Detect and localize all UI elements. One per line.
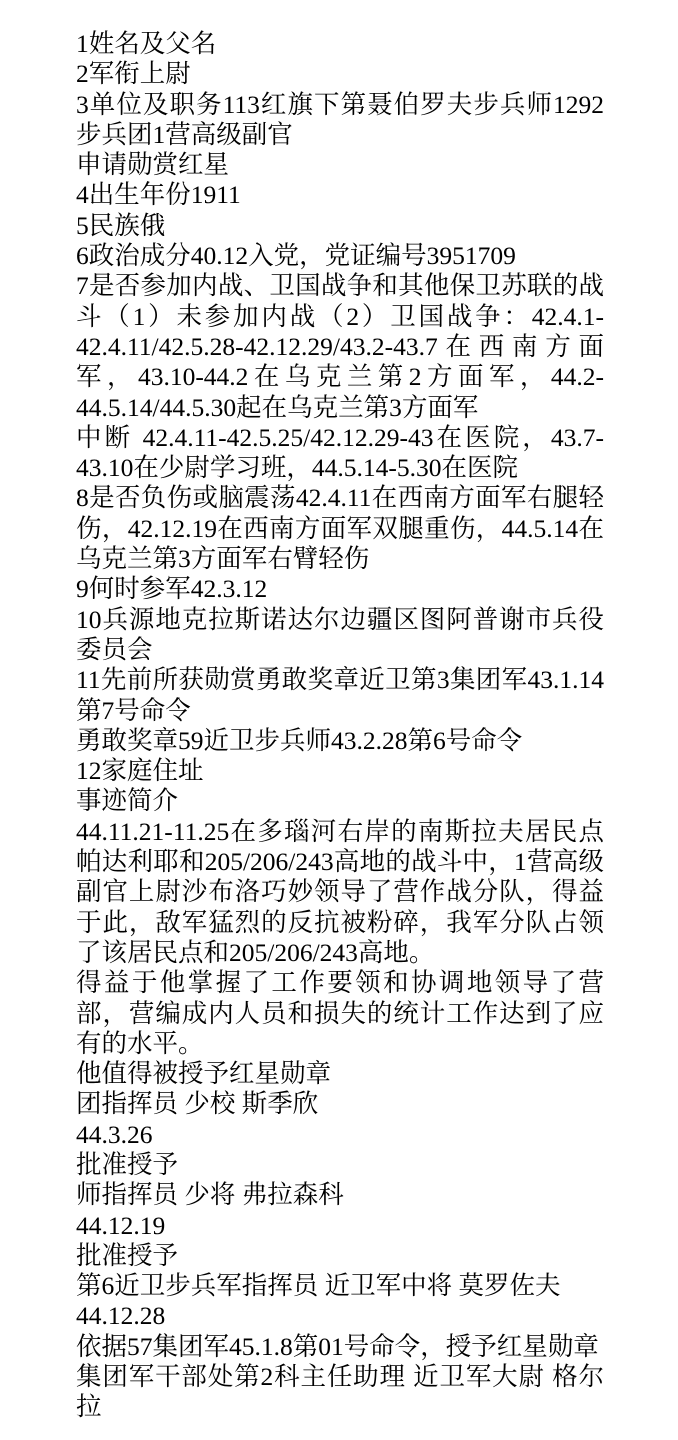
citation-paragraph-1: 44.11.21-11.25在多瑙河右岸的南斯拉夫居民点帕达利耶和205/206… bbox=[76, 817, 604, 968]
field-rank: 2军衔上尉 bbox=[76, 59, 604, 89]
approval-line-1: 批准授予 bbox=[76, 1150, 604, 1180]
field-service-interruptions: 中断 42.4.11-42.5.25/42.12.29-43在医院，43.7-4… bbox=[76, 423, 604, 484]
hr-officer-signature: 集团军干部处第2科主任助理 近卫军大尉 格尔拉 bbox=[76, 1362, 604, 1423]
award-order-line: 依据57集团军45.1.8第01号命令，授予红星勋章 bbox=[76, 1332, 604, 1362]
field-draft-office: 10兵源地克拉斯诺达尔边疆区图阿普谢市兵役委员会 bbox=[76, 605, 604, 666]
division-commander-signature: 师指挥员 少将 弗拉森科 bbox=[76, 1180, 604, 1210]
field-wounds: 8是否负伤或脑震荡42.4.11在西南方面军右腿轻伤，42.12.19在西南方面… bbox=[76, 483, 604, 574]
regiment-commander-signature: 团指挥员 少校 斯季欣 bbox=[76, 1089, 604, 1119]
field-nationality: 5民族俄 bbox=[76, 211, 604, 241]
field-war-participation: 7是否参加内战、卫国战争和其他保卫苏联的战斗（1）未参加内战（2）卫国战争：42… bbox=[76, 271, 604, 422]
field-prior-award-2: 勇敢奖章59近卫步兵师43.2.28第6号命令 bbox=[76, 726, 604, 756]
division-signature-date: 44.12.19 bbox=[76, 1211, 604, 1241]
corps-signature-date: 44.12.28 bbox=[76, 1301, 604, 1331]
field-enlistment-date: 9何时参军42.3.12 bbox=[76, 574, 604, 604]
field-name-patronymic: 1姓名及父名 bbox=[76, 29, 604, 59]
approval-line-2: 批准授予 bbox=[76, 1241, 604, 1271]
citation-heading: 事迹简介 bbox=[76, 786, 604, 816]
field-requested-award: 申请勋赏红星 bbox=[76, 150, 604, 180]
citation-paragraph-2: 得益于他掌握了工作要领和协调地领导了营部，营编成内人员和损失的统计工作达到了应有… bbox=[76, 968, 604, 1059]
citation-conclusion: 他值得被授予红星勋章 bbox=[76, 1059, 604, 1089]
corps-commander-signature: 第6近卫步兵军指挥员 近卫军中将 莫罗佐夫 bbox=[76, 1271, 604, 1301]
field-home-address: 12家庭住址 bbox=[76, 756, 604, 786]
field-birth-year: 4出生年份1911 bbox=[76, 180, 604, 210]
regiment-signature-date: 44.3.26 bbox=[76, 1120, 604, 1150]
field-unit-position: 3单位及职务113红旗下第聂伯罗夫步兵师1292步兵团1营高级副官 bbox=[76, 90, 604, 151]
document-page: 1姓名及父名 2军衔上尉 3单位及职务113红旗下第聂伯罗夫步兵师1292步兵团… bbox=[0, 0, 678, 1440]
field-prior-award-1: 11先前所获勋赏勇敢奖章近卫第3集团军43.1.14第7号命令 bbox=[76, 665, 604, 726]
field-party-status: 6政治成分40.12入党，党证编号3951709 bbox=[76, 241, 604, 271]
